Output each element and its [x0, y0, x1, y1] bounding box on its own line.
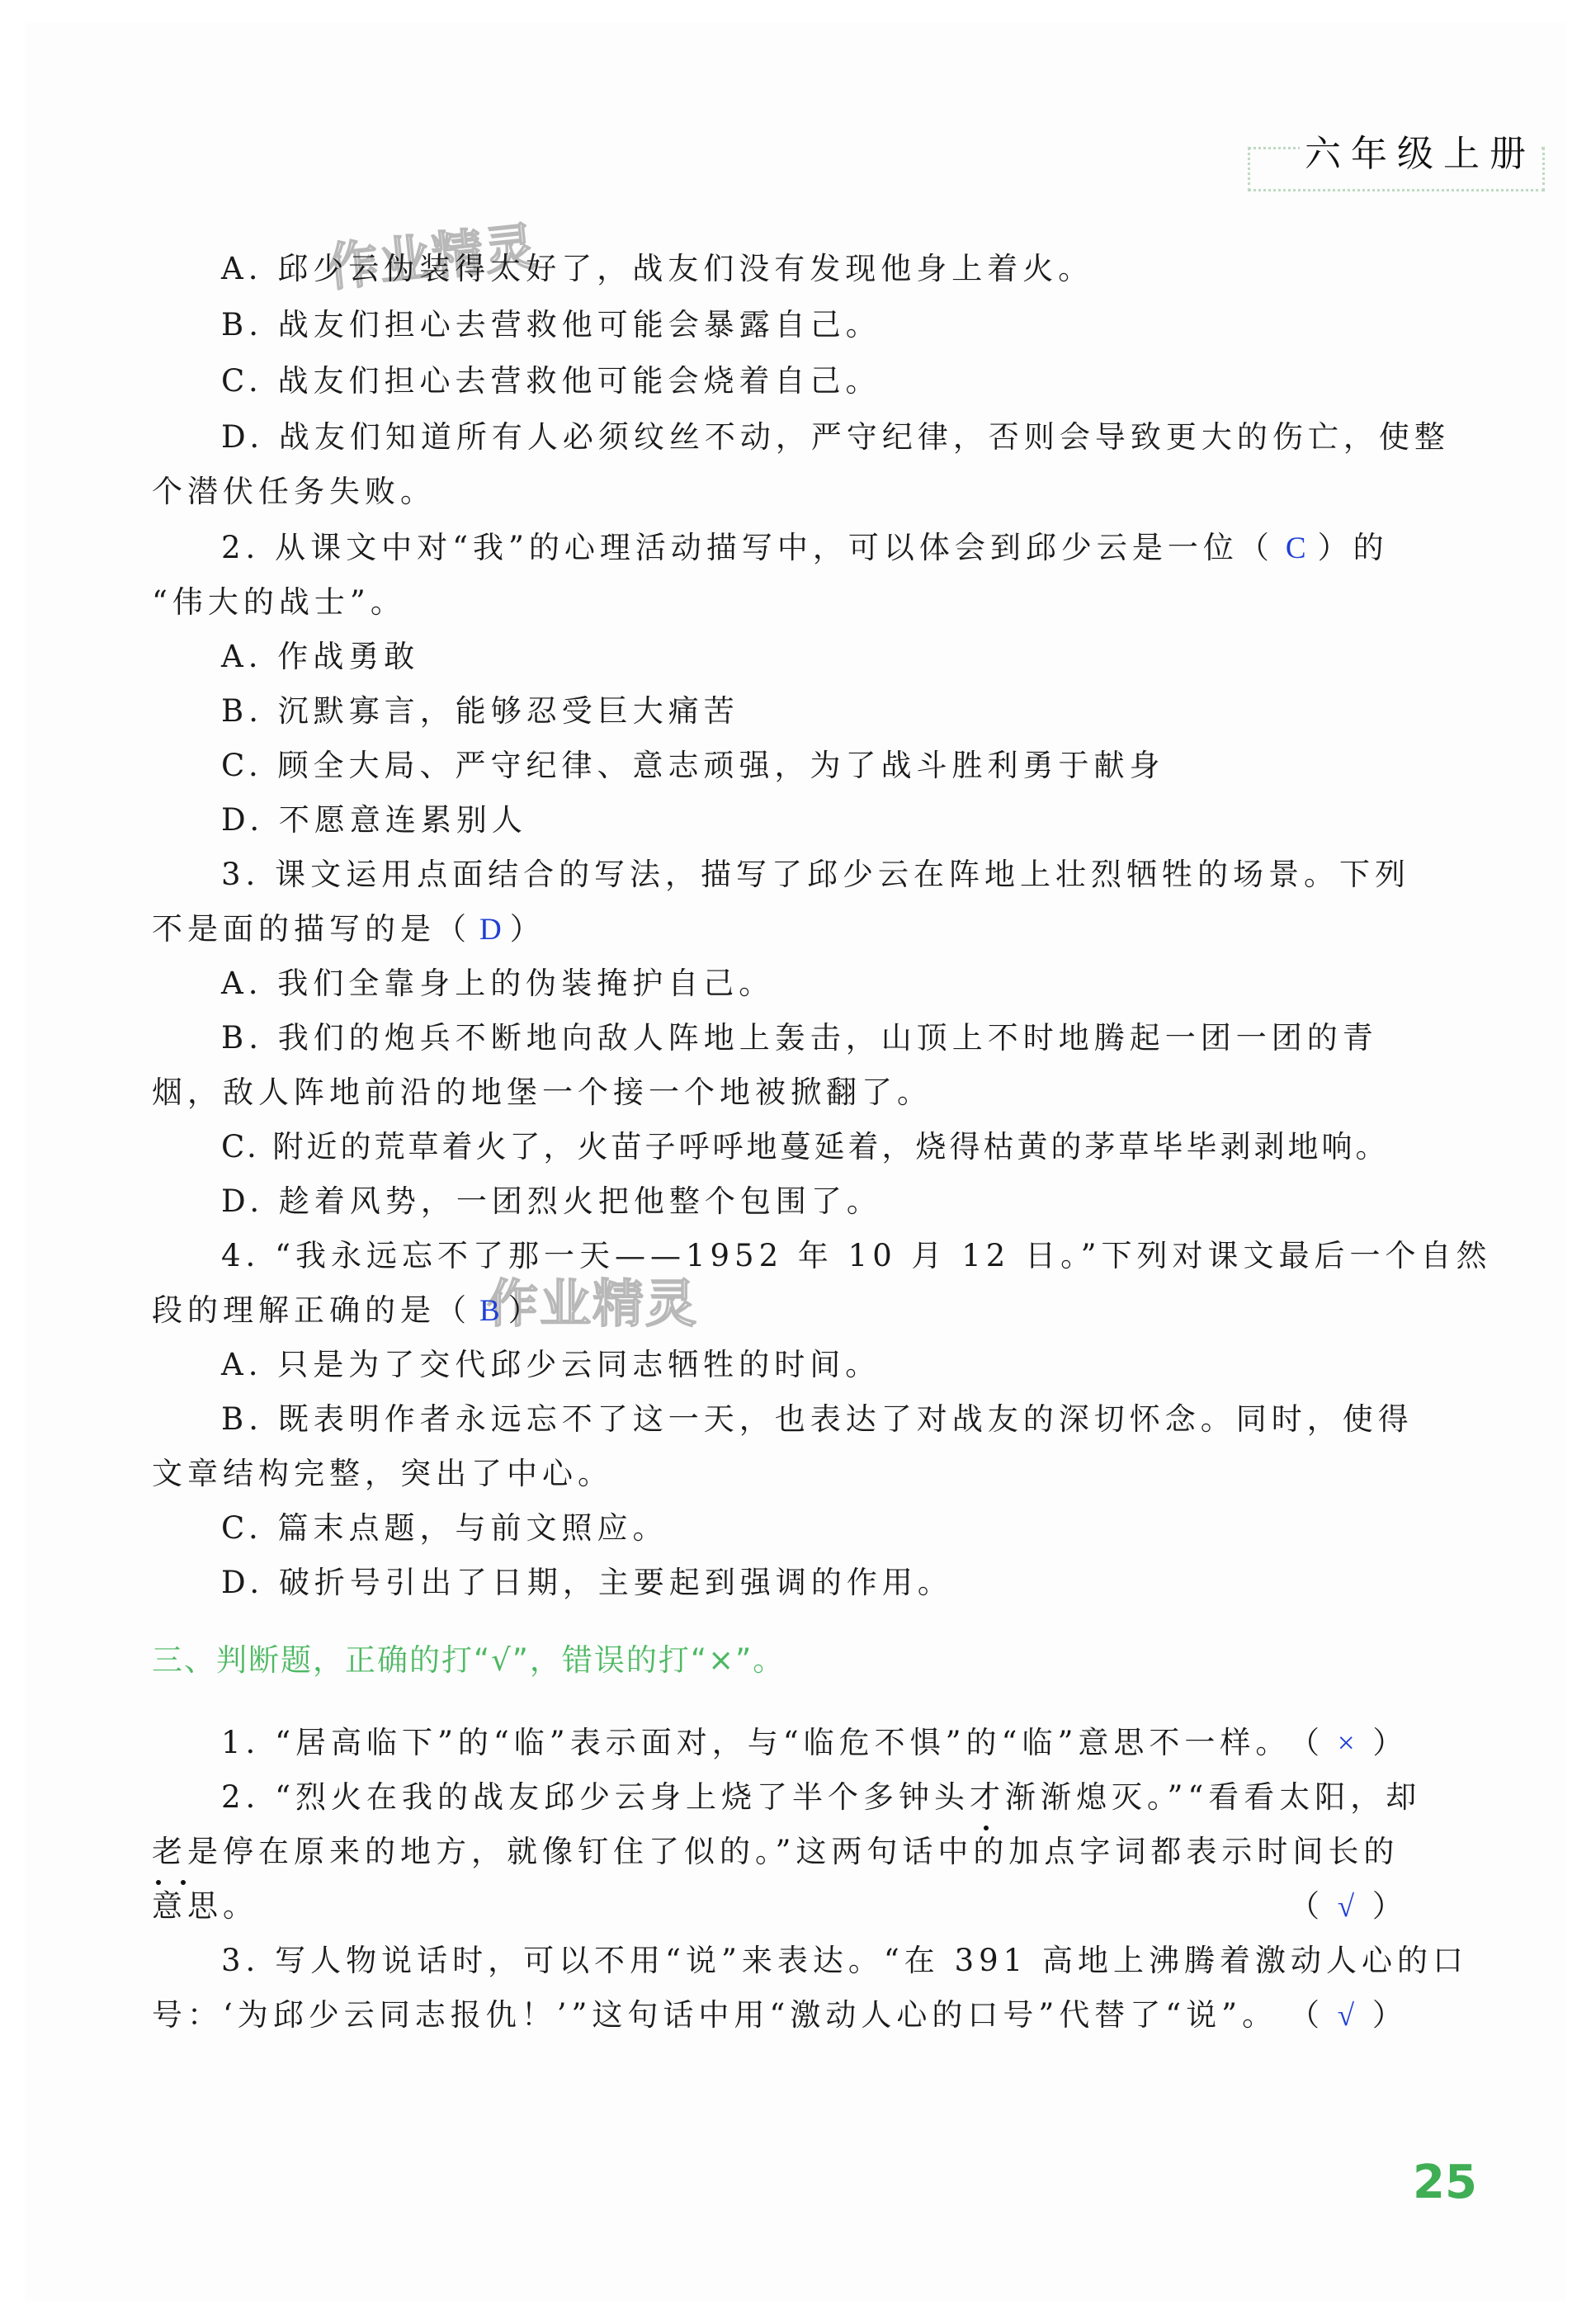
emphasis-dot — [181, 1880, 186, 1885]
judge-2: 2. “烈火在我的战友邱少云身上烧了半个多钟头才渐渐熄灭。”“看看太阳，却 — [221, 1778, 1421, 1817]
q2-stem-text-end: ）的 — [1318, 530, 1389, 565]
q2-option-a: A. 作战勇敢 — [221, 637, 419, 677]
judge-2-answer: √ — [1329, 1890, 1362, 1924]
judge-2-cont: 老是停在原来的地方，就像钉住了似的。”这两句话中的加点字词都表示时间长的 — [152, 1832, 1399, 1872]
q3-stem-text-end: ） — [510, 911, 545, 947]
judge-2-cont2: 意思。 — [152, 1887, 258, 1926]
q1-option-c: C. 战友们担心去营救他可能会烧着自己。 — [221, 361, 881, 401]
q4-option-d: D. 破折号引出了日期，主要起到强调的作用。 — [221, 1563, 953, 1603]
judge-1-answer: × — [1329, 1726, 1363, 1760]
judge-1-answer-box: （ × ） — [1289, 1723, 1403, 1764]
q1-option-a: A. 邱少云伪装得太好了，战友们没有发现他身上着火。 — [221, 249, 1093, 289]
q2-option-c: C. 顾全大局、严守纪律、意志顽强，为了战斗胜利勇于献身 — [221, 746, 1165, 786]
q1-option-d-cont: 个潜伏任务失败。 — [152, 472, 436, 512]
q4-stem-text: 段的理解正确的是（ — [152, 1292, 471, 1328]
q3-option-d: D. 趁着风势，一团烈火把他整个包围了。 — [221, 1182, 882, 1221]
judge-3: 3. 写人物说话时，可以不用“说”来表达。“在 391 高地上沸腾着激动人心的口 — [221, 1941, 1468, 1981]
emphasis-dot — [984, 1826, 989, 1830]
q2-stem: 2. 从课文中对“我”的心理活动描写中，可以体会到邱少云是一位（C）的 — [221, 528, 1389, 569]
q1-option-d: D. 战友们知道所有人必须纹丝不动，严守纪律，否则会导致更大的伤亡，使整 — [221, 418, 1450, 457]
q3-answer: D — [471, 913, 510, 947]
emphasis-dot — [156, 1880, 161, 1885]
q4-option-b-cont: 文章结构完整，突出了中心。 — [152, 1454, 613, 1494]
q2-option-d: D. 不愿意连累别人 — [221, 801, 527, 840]
judge-2-answer-box: （ √ ） — [1289, 1887, 1403, 1927]
q2-stem-text: 2. 从课文中对“我”的心理活动描写中，可以体会到邱少云是一位（ — [221, 530, 1274, 565]
q3-option-b: B. 我们的炮兵不断地向敌人阵地上轰击，山顶上不时地腾起一团一团的青 — [221, 1018, 1378, 1058]
page-number: 25 — [1413, 2156, 1477, 2209]
q4-stem: 4. “我永远忘不了那一天——1952 年 10 月 12 日。”下列对课文最后… — [221, 1236, 1492, 1276]
q4-option-a: A. 只是为了交代邱少云同志牺牲的时间。 — [221, 1345, 880, 1385]
q3-option-b-cont: 烟，敌人阵地前沿的地堡一个接一个地被掀翻了。 — [152, 1073, 932, 1112]
judge-3-answer-box: （ √ ） — [1289, 1996, 1403, 2036]
q2-answer: C — [1274, 531, 1318, 565]
q4-option-c: C. 篇末点题，与前文照应。 — [221, 1509, 668, 1548]
section-3-title: 三、判断题，正确的打“√”，错误的打“×”。 — [152, 1641, 785, 1680]
grade-header: 六年级上册 — [1300, 124, 1541, 177]
q2-stem-cont: “伟大的战士”。 — [152, 583, 406, 622]
q3-stem-cont: 不是面的描写的是（D） — [152, 909, 545, 950]
q3-option-c: C. 附近的荒草着火了，火苗子呼呼地蔓延着，烧得枯黄的茅草毕毕剥剥地响。 — [221, 1127, 1390, 1167]
q1-option-b: B. 战友们担心去营救他可能会暴露自己。 — [221, 305, 881, 345]
q4-stem-text-end: ） — [508, 1292, 544, 1328]
q3-stem-text: 不是面的描写的是（ — [152, 911, 471, 947]
q3-option-a: A. 我们全靠身上的伪装掩护自己。 — [221, 964, 774, 1004]
q4-stem-cont: 段的理解正确的是（B） — [152, 1291, 544, 1331]
judge-3-answer: √ — [1329, 1999, 1362, 2033]
q2-option-b: B. 沉默寡言，能够忍受巨大痛苦 — [221, 692, 739, 731]
judge-1: 1. “居高临下”的“临”表示面对，与“临危不惧”的“临”意思不一样。 — [221, 1723, 1291, 1763]
judge-3-cont: 号：‘为邱少云同志报仇！’”这句话中用“激动人心的口号”代替了“说”。 — [152, 1996, 1277, 2035]
q4-answer: B — [471, 1294, 508, 1328]
q3-stem: 3. 课文运用点面结合的写法，描写了邱少云在阵地上壮烈牺牲的场景。下列 — [221, 855, 1410, 895]
q4-option-b: B. 既表明作者永远忘不了这一天，也表达了对战友的深切怀念。同时，使得 — [221, 1400, 1414, 1439]
